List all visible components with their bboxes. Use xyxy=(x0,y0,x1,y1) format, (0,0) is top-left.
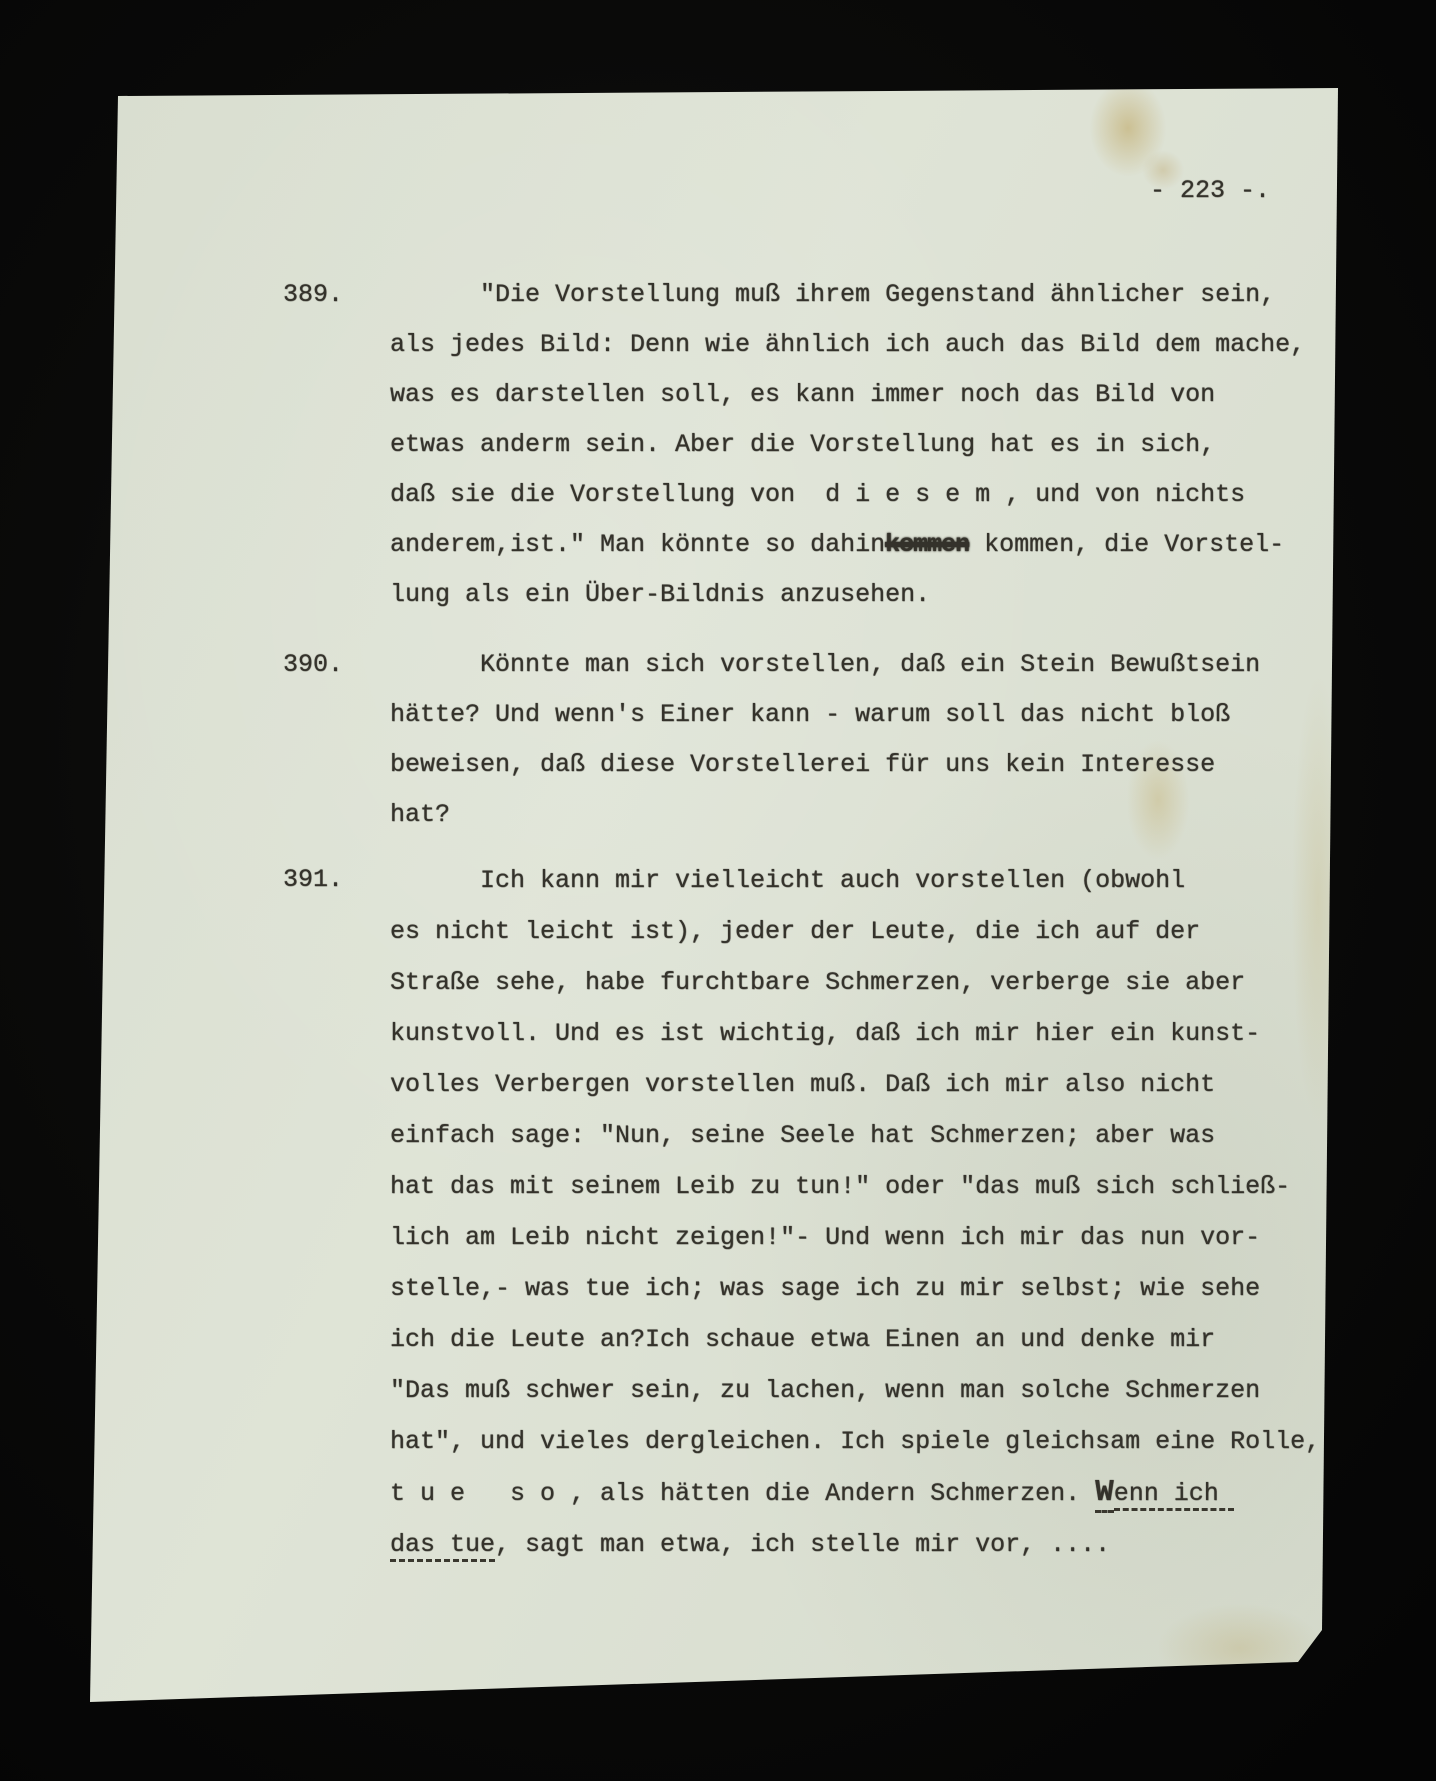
text-line: ich die Leute an?Ich schaue etwa Einen a… xyxy=(390,1314,1343,1365)
paragraph-number: 391. xyxy=(283,855,343,905)
text-line: Straße sehe, habe furchtbare Schmerzen, … xyxy=(390,957,1343,1008)
text-line: einfach sage: "Nun, seine Seele hat Schm… xyxy=(390,1110,1343,1161)
underlined-word: W xyxy=(1095,1475,1114,1513)
text-line: als jedes Bild: Denn wie ähnlich ich auc… xyxy=(390,320,1343,370)
page-number: - 223 -. xyxy=(1150,176,1270,205)
paragraph-number: 389. xyxy=(283,270,343,320)
paragraph-text: Ich kann mir vielleicht auch vorstellen … xyxy=(390,855,1343,1570)
document-page: - 223 -. 389. "Die Vorstellung muß ihrem… xyxy=(0,0,1436,1781)
paragraph-text: Könnte man sich vorstellen, daß ein Stei… xyxy=(390,640,1343,840)
text-line: t u e s o , als hätten die Andern Schmer… xyxy=(390,1467,1343,1519)
text-line: beweisen, daß diese Vorstellerei für uns… xyxy=(390,740,1343,790)
paragraph-389: 389. "Die Vorstellung muß ihrem Gegensta… xyxy=(283,270,1343,620)
paragraph-390: 390. Könnte man sich vorstellen, daß ein… xyxy=(283,640,1343,840)
text-line: lung als ein Über-Bildnis anzusehen. xyxy=(390,570,1343,620)
photo-background: { "page": { "number": "- 223 -." }, "par… xyxy=(0,0,1436,1781)
text-line: etwas anderm sein. Aber die Vorstellung … xyxy=(390,420,1343,470)
paragraph-391: 391. Ich kann mir vielleicht auch vorste… xyxy=(283,855,1343,1570)
text-line: es nicht leicht ist), jeder der Leute, d… xyxy=(390,906,1343,957)
paragraph-text: "Die Vorstellung muß ihrem Gegenstand äh… xyxy=(390,270,1343,620)
text-line: das tue, sagt man etwa, ich stelle mir v… xyxy=(390,1519,1343,1570)
text-line: anderem,ist." Man könnte so dahinkommen … xyxy=(390,520,1343,570)
text-line: "Die Vorstellung muß ihrem Gegenstand äh… xyxy=(390,270,1343,320)
text-line: hat das mit seinem Leib zu tun!" oder "d… xyxy=(390,1161,1343,1212)
paragraph-number: 390. xyxy=(283,640,343,690)
strikethrough-word: kommen xyxy=(885,530,969,559)
text-line: daß sie die Vorstellung von d i e s e m … xyxy=(390,470,1343,520)
underlined-word: das tue xyxy=(390,1530,495,1562)
underlined-word: enn ich xyxy=(1114,1479,1234,1511)
text-line: lich am Leib nicht zeigen!"- Und wenn ic… xyxy=(390,1212,1343,1263)
text-line: volles Verbergen vorstellen muß. Daß ich… xyxy=(390,1059,1343,1110)
text-line: was es darstellen soll, es kann immer no… xyxy=(390,370,1343,420)
text-line: Könnte man sich vorstellen, daß ein Stei… xyxy=(390,640,1343,690)
text-line: hat", und vieles dergleichen. Ich spiele… xyxy=(390,1416,1343,1467)
text-line: hat? xyxy=(390,790,1343,840)
text-line: "Das muß schwer sein, zu lachen, wenn ma… xyxy=(390,1365,1343,1416)
text-line: hätte? Und wenn's Einer kann - warum sol… xyxy=(390,690,1343,740)
text-line: Ich kann mir vielleicht auch vorstellen … xyxy=(390,855,1343,906)
text-line: kunstvoll. Und es ist wichtig, daß ich m… xyxy=(390,1008,1343,1059)
text-line: stelle,- was tue ich; was sage ich zu mi… xyxy=(390,1263,1343,1314)
